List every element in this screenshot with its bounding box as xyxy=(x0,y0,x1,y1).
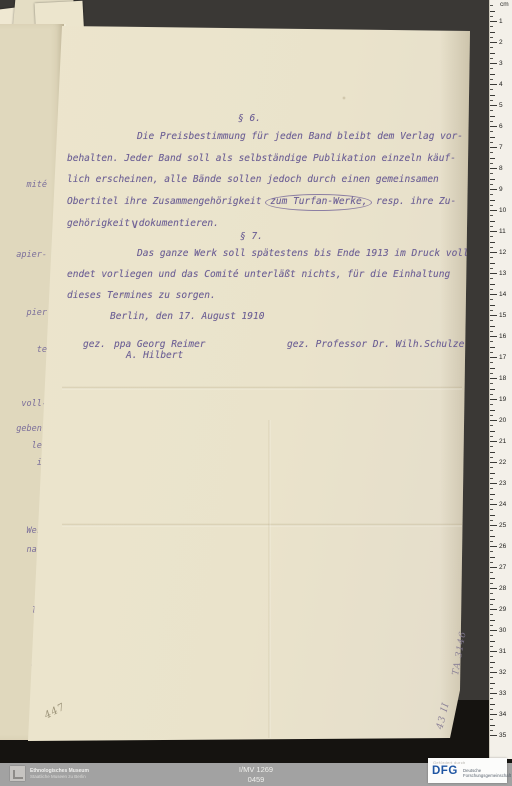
dateline: Berlin, den 17. August 1910 xyxy=(110,311,264,323)
ruler-tick xyxy=(490,593,493,594)
dfg-logo: Gefördert durch DFG Deutsche Forschungsg… xyxy=(428,758,507,783)
ruler-tick xyxy=(490,546,497,547)
ruler-tick xyxy=(490,184,493,185)
ruler-tick xyxy=(490,299,493,300)
line-text: dokumentieren. xyxy=(139,218,219,229)
ruler-tick xyxy=(490,383,493,384)
ruler-tick xyxy=(490,231,497,232)
ruler-tick-label: 33 xyxy=(499,690,506,697)
ruler-tick xyxy=(490,142,493,143)
ruler-tick xyxy=(490,310,493,311)
ruler-tick xyxy=(490,725,495,726)
ruler-tick xyxy=(490,89,493,90)
signature-left-prefix: gez. xyxy=(83,339,106,351)
ruler-tick-label: 27 xyxy=(499,564,506,571)
ruler-tick xyxy=(490,320,493,321)
ruler-tick xyxy=(490,735,497,736)
handwritten-circle-annotation: zum Turfan-Werke, xyxy=(265,194,372,211)
ruler-tick-label: 22 xyxy=(499,459,506,466)
ruler-tick xyxy=(490,79,493,80)
section-heading: § 7. xyxy=(240,231,263,243)
ruler-tick xyxy=(490,667,493,668)
ruler-tick xyxy=(490,530,493,531)
ruler: cm 1234567891011121314151617181920212223… xyxy=(489,0,512,759)
ruler-tick-label: 8 xyxy=(499,165,503,172)
ruler-tick xyxy=(490,273,497,274)
paragraph-line: Das ganze Werk soll spätestens bis Ende … xyxy=(137,248,474,260)
ruler-tick xyxy=(490,100,493,101)
ruler-tick xyxy=(490,341,493,342)
ruler-tick xyxy=(490,74,495,75)
ruler-tick xyxy=(490,588,497,589)
ruler-tick xyxy=(490,147,497,148)
ruler-tick xyxy=(490,436,493,437)
ruler-tick xyxy=(490,236,493,237)
ruler-tick xyxy=(490,32,495,33)
ruler-tick-label: 4 xyxy=(499,81,503,88)
ruler-tick xyxy=(490,121,493,122)
ruler-tick xyxy=(490,173,493,174)
ruler-tick xyxy=(490,131,493,132)
ruler-tick-label: 9 xyxy=(499,186,503,193)
ruler-tick xyxy=(490,210,497,211)
ruler-tick-label: 1 xyxy=(499,18,503,25)
ruler-tick xyxy=(490,467,493,468)
paragraph-line: dieses Termines zu sorgen. xyxy=(67,290,216,302)
ruler-tick xyxy=(490,578,495,579)
ruler-tick xyxy=(490,473,495,474)
paragraph-line: endet vorliegen und das Comité unterläßt… xyxy=(67,269,450,281)
ruler-tick xyxy=(490,84,497,85)
ruler-tick xyxy=(490,541,493,542)
ruler-tick xyxy=(490,504,497,505)
ruler-tick xyxy=(490,672,497,673)
ruler-tick-label: 17 xyxy=(499,354,506,361)
ruler-tick-label: 13 xyxy=(499,270,506,277)
ruler-tick xyxy=(490,294,497,295)
ruler-tick xyxy=(490,242,495,243)
ruler-tick-label: 11 xyxy=(499,228,506,235)
fold-crease xyxy=(62,523,462,527)
ruler-tick-label: 19 xyxy=(499,396,506,403)
ruler-tick xyxy=(490,352,493,353)
ruler-tick xyxy=(490,336,497,337)
ruler-tick xyxy=(490,189,497,190)
ruler-tick-label: 28 xyxy=(499,585,506,592)
ruler-tick xyxy=(490,730,493,731)
ruler-tick xyxy=(490,688,493,689)
ruler-tick xyxy=(490,536,495,537)
ruler-tick xyxy=(490,5,493,6)
ruler-tick xyxy=(490,646,493,647)
ruler-unit-label: cm xyxy=(500,1,509,8)
ruler-tick xyxy=(490,599,495,600)
ruler-tick xyxy=(490,368,495,369)
ruler-tick-label: 20 xyxy=(499,417,506,424)
signature-right: gez. Professor Dr. Wilh.Schulze xyxy=(287,339,464,351)
ruler-tick-label: 34 xyxy=(499,711,506,718)
ruler-tick xyxy=(490,163,493,164)
ruler-tick-label: 21 xyxy=(499,438,506,445)
ruler-tick xyxy=(490,95,495,96)
ruler-tick xyxy=(490,583,493,584)
fold-crease xyxy=(268,420,271,738)
ruler-tick xyxy=(490,105,497,106)
ruler-tick-label: 3 xyxy=(499,60,503,67)
ruler-tick xyxy=(490,347,495,348)
ruler-tick-label: 15 xyxy=(499,312,506,319)
ruler-tick xyxy=(490,494,495,495)
ruler-tick xyxy=(490,68,493,69)
ruler-tick-label: 12 xyxy=(499,249,506,256)
dfg-acronym: DFG xyxy=(432,765,458,777)
section-heading: § 6. xyxy=(238,113,261,125)
ruler-tick xyxy=(490,704,495,705)
ruler-tick xyxy=(490,693,497,694)
ruler-tick-label: 2 xyxy=(499,39,503,46)
ruler-tick xyxy=(490,635,493,636)
ruler-tick xyxy=(490,289,493,290)
ruler-tick xyxy=(490,714,497,715)
ruler-tick xyxy=(490,168,497,169)
ruler-tick xyxy=(490,431,495,432)
ruler-tick xyxy=(490,415,493,416)
ruler-tick xyxy=(490,194,493,195)
ruler-tick xyxy=(490,698,493,699)
dfg-full-name: Deutsche Forschungsgemeinschaft xyxy=(463,768,511,778)
paragraph-line: Obertitel ihre Zusammengehörigkeit zum T… xyxy=(67,196,456,208)
ruler-tick xyxy=(490,252,497,253)
ruler-tick xyxy=(490,394,493,395)
ruler-tick xyxy=(490,58,493,59)
margin-fragment-text: pier xyxy=(27,308,47,318)
ruler-tick-label: 29 xyxy=(499,606,506,613)
ruler-tick xyxy=(490,152,493,153)
fold-crease xyxy=(62,386,462,390)
ruler-tick xyxy=(490,399,497,400)
ruler-tick xyxy=(490,268,493,269)
signature-left-second: A. Hilbert xyxy=(126,350,183,362)
ruler-tick xyxy=(490,158,495,159)
ruler-tick xyxy=(490,116,495,117)
margin-fragment-text: te xyxy=(37,345,47,355)
ruler-tick xyxy=(490,604,493,605)
ruler-tick-label: 23 xyxy=(499,480,506,487)
ruler-tick xyxy=(490,557,495,558)
ruler-tick xyxy=(490,373,493,374)
ruler-tick xyxy=(490,362,493,363)
ruler-tick xyxy=(490,719,493,720)
ruler-tick xyxy=(490,53,495,54)
ruler-tick xyxy=(490,677,493,678)
ruler-tick xyxy=(490,614,493,615)
ruler-tick xyxy=(490,457,493,458)
ruler-tick-label: 7 xyxy=(499,144,503,151)
ruler-tick xyxy=(490,683,495,684)
ruler-tick xyxy=(490,509,493,510)
ruler-tick-label: 30 xyxy=(499,627,506,634)
ruler-tick xyxy=(490,651,497,652)
ruler-tick xyxy=(490,452,495,453)
ruler-tick-label: 31 xyxy=(499,648,506,655)
ruler-tick xyxy=(490,641,495,642)
line-text: resp. ihre Zu- xyxy=(370,196,456,207)
ruler-tick-label: 10 xyxy=(499,207,506,214)
handwritten-caret-mark: ∨ xyxy=(131,220,139,229)
margin-fragment-text: voll- xyxy=(21,399,47,409)
paragraph-line: lich erscheinen, alle Bände sollen jedoc… xyxy=(67,174,439,186)
paragraph-line: behalten. Jeder Band soll als selbständi… xyxy=(67,153,456,165)
ruler-tick xyxy=(490,284,495,285)
ruler-tick xyxy=(490,446,493,447)
ruler-tick xyxy=(490,263,495,264)
margin-fragment-text: mité xyxy=(27,180,47,190)
ruler-tick-label: 18 xyxy=(499,375,506,382)
ruler-tick xyxy=(490,567,497,568)
ruler-tick xyxy=(490,562,493,563)
ruler-tick xyxy=(490,326,495,327)
ruler-tick xyxy=(490,389,495,390)
ruler-tick-label: 16 xyxy=(499,333,506,340)
document-page: § 6. Die Preisbestimmung für jeden Band … xyxy=(0,0,512,786)
ruler-tick xyxy=(490,16,493,17)
ruler-tick xyxy=(490,63,497,64)
ruler-tick xyxy=(490,656,493,657)
ruler-tick-label: 6 xyxy=(499,123,503,130)
ruler-tick xyxy=(490,315,497,316)
ruler-tick xyxy=(490,21,497,22)
ruler-tick xyxy=(490,420,497,421)
ruler-tick xyxy=(490,221,495,222)
ruler-tick xyxy=(490,609,497,610)
paragraph-line: Die Preisbestimmung für jeden Band bleib… xyxy=(137,131,463,143)
ruler-tick xyxy=(490,257,493,258)
ruler-tick xyxy=(490,625,493,626)
ruler-tick xyxy=(490,488,493,489)
line-text: gehörigkeit xyxy=(67,218,130,229)
ruler-tick xyxy=(490,47,493,48)
line-text: Obertitel ihre Zusammengehörigkeit xyxy=(67,196,267,207)
ruler-tick xyxy=(490,378,497,379)
ruler-tick xyxy=(490,630,497,631)
margin-fragment-text: geben. xyxy=(16,424,47,434)
ruler-tick xyxy=(490,441,497,442)
ruler-tick xyxy=(490,205,493,206)
ruler-tick-label: 32 xyxy=(499,669,506,676)
ruler-tick xyxy=(490,215,493,216)
ruler-tick xyxy=(490,247,493,248)
ruler-tick xyxy=(490,42,497,43)
ruler-tick xyxy=(490,620,495,621)
ruler-tick xyxy=(490,525,497,526)
ruler-tick xyxy=(490,357,497,358)
ruler-tick-label: 26 xyxy=(499,543,506,550)
ruler-tick xyxy=(490,404,493,405)
ruler-tick xyxy=(490,410,495,411)
ruler-tick xyxy=(490,520,493,521)
paper-spot xyxy=(342,96,346,100)
ruler-tick xyxy=(490,331,493,332)
margin-fragment-text: apier- xyxy=(16,250,47,260)
ruler-tick xyxy=(490,515,495,516)
ruler-tick-label: 35 xyxy=(499,732,506,739)
ruler-tick-label: 24 xyxy=(499,501,506,508)
ruler-tick xyxy=(490,305,495,306)
ruler-tick xyxy=(490,551,493,552)
ruler-tick xyxy=(490,179,495,180)
ruler-tick xyxy=(490,126,497,127)
ruler-tick xyxy=(490,483,497,484)
ruler-tick xyxy=(490,110,493,111)
ruler-tick xyxy=(490,11,495,12)
ruler-tick xyxy=(490,137,495,138)
ruler-tick xyxy=(490,226,493,227)
ruler-tick xyxy=(490,499,493,500)
ruler-tick xyxy=(490,709,493,710)
ruler-tick-label: 25 xyxy=(499,522,506,529)
ruler-tick-label: 14 xyxy=(499,291,506,298)
ruler-tick xyxy=(490,572,493,573)
scanned-document-viewer: mitéapier-piertevoll-geben.leninoWer-nac… xyxy=(0,0,512,786)
ruler-tick xyxy=(490,662,495,663)
ruler-tick xyxy=(490,462,497,463)
ruler-tick xyxy=(490,37,493,38)
ruler-tick-label: 5 xyxy=(499,102,503,109)
ruler-tick xyxy=(490,425,493,426)
ruler-tick xyxy=(490,478,493,479)
ruler-tick xyxy=(490,278,493,279)
ruler-tick xyxy=(490,200,495,201)
ruler-tick xyxy=(490,26,493,27)
paragraph-line: gehörigkeit∨dokumentieren. xyxy=(67,218,219,230)
